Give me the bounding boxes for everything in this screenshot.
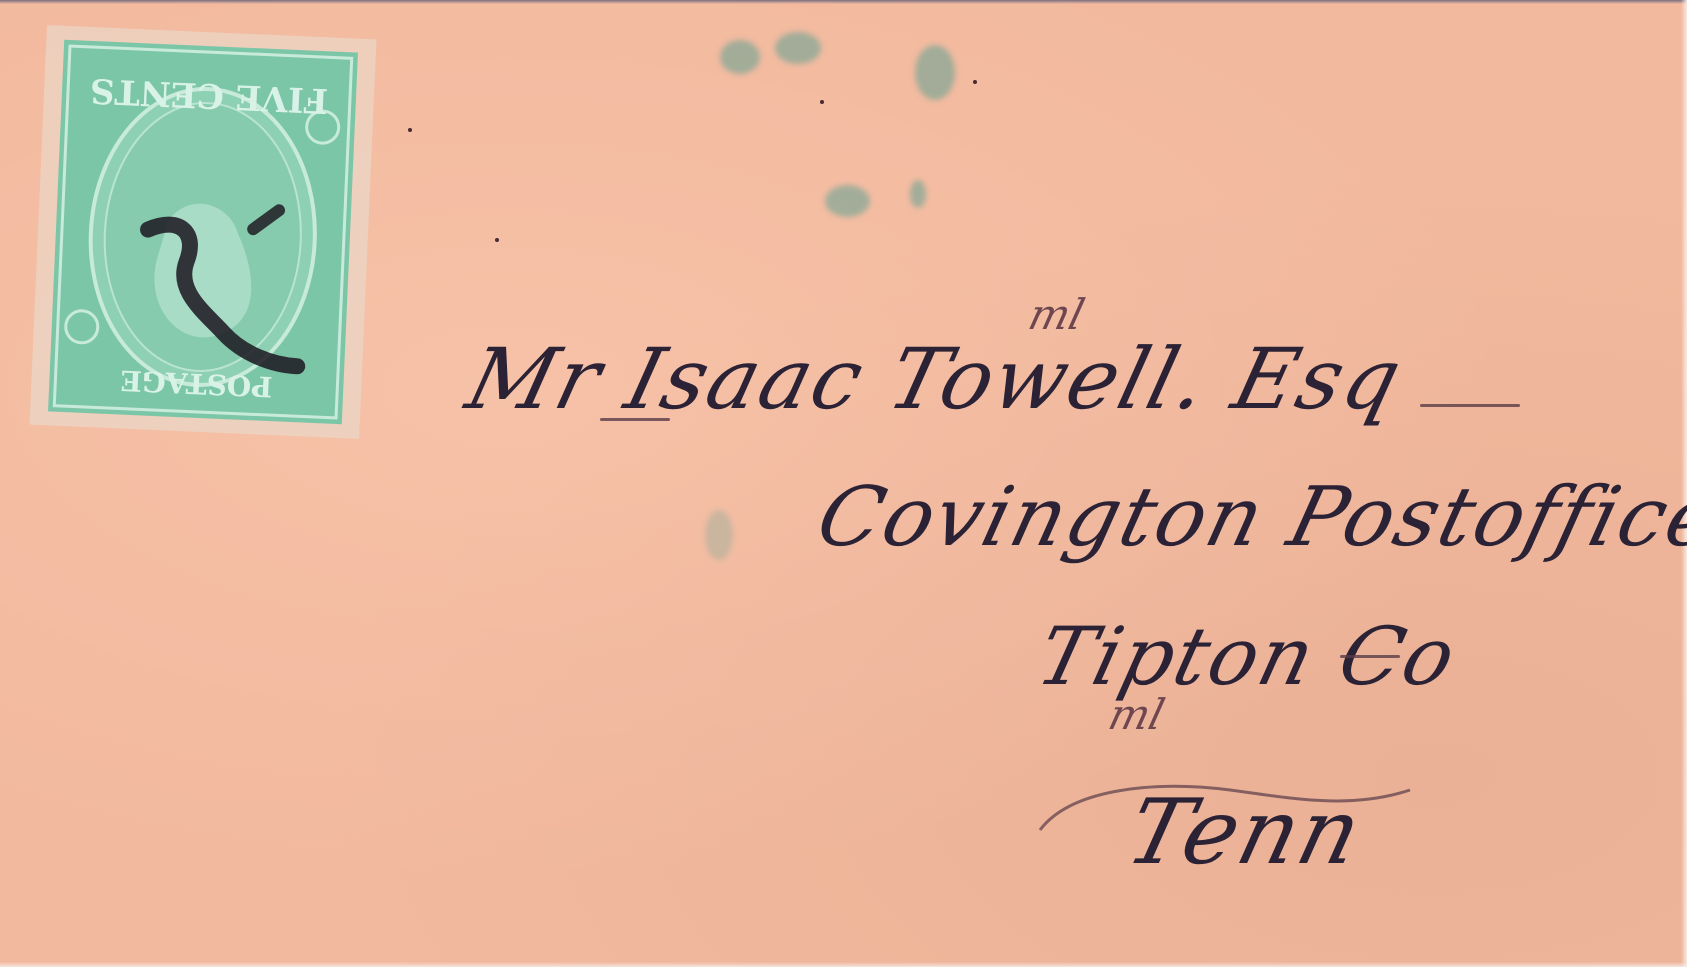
esq-underline	[1420, 404, 1520, 407]
state-flourish	[1030, 760, 1430, 860]
toning-spot	[825, 185, 870, 217]
county-underline	[1340, 655, 1400, 658]
ink-speck	[408, 128, 412, 132]
stamp-artwork: FIVE CENTS POSTAGE	[29, 25, 376, 439]
envelope-bottom-edge	[0, 962, 1687, 967]
address-line-town: Covington Postoffice	[808, 470, 1687, 565]
toning-spot	[775, 32, 821, 64]
address-line-name: Mr Isaac Towell. Esq	[458, 330, 1413, 428]
ink-speck	[973, 80, 977, 84]
address-line-county: Tipton Co	[1028, 610, 1466, 703]
toning-spot	[720, 40, 760, 74]
envelope: FIVE CENTS POSTAGE ml Mr Isaac Towell. E…	[0, 0, 1687, 967]
ink-speck	[820, 100, 824, 104]
toning-spot	[705, 510, 733, 560]
ink-speck	[495, 238, 499, 242]
toning-spot	[910, 180, 926, 208]
annotation-ml: ml	[1104, 690, 1169, 739]
honorific-underline	[600, 418, 670, 421]
stamp-bottom-label: POSTAGE	[120, 364, 273, 404]
toning-spot	[915, 45, 955, 100]
envelope-top-edge	[0, 0, 1687, 4]
postage-stamp: FIVE CENTS POSTAGE	[29, 25, 376, 439]
